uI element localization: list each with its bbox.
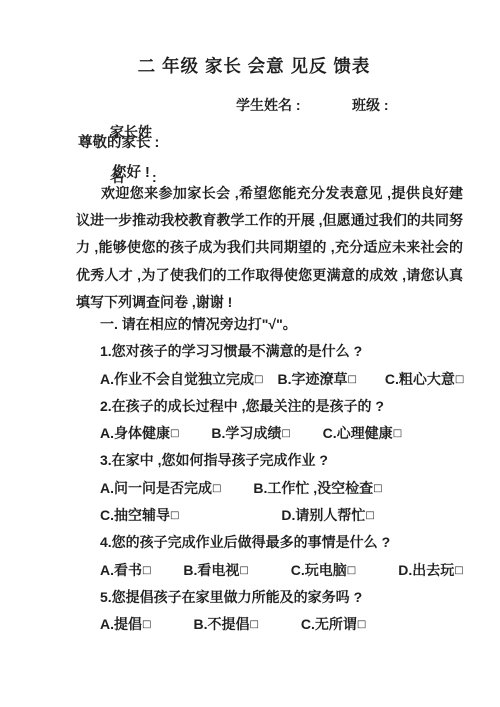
question-3-options-line2: C.抽空辅导□ D.请别人帮忙□ — [100, 502, 496, 529]
checkbox-icon: □ — [254, 374, 263, 385]
checkbox-icon: □ — [212, 483, 221, 494]
checkbox-icon: □ — [142, 565, 151, 576]
checkbox-icon: □ — [347, 374, 356, 385]
checkbox-icon: □ — [170, 428, 179, 439]
checkbox-icon: □ — [142, 619, 151, 630]
checkbox-icon: □ — [393, 428, 402, 439]
checkbox-icon: □ — [170, 510, 179, 521]
student-name-label: 学生姓名 : — [236, 95, 301, 115]
checkbox-icon: □ — [249, 619, 258, 630]
intro-line: 优秀人才 ,为了使我们的工作取得使您更满意的成效 ,请您认真 — [76, 262, 463, 289]
question-5-options: A.提倡□ B.不提倡□ C.无所谓□ — [100, 611, 496, 638]
checkbox-icon: □ — [373, 483, 382, 494]
intro-line: 力 ,能够使您的孩子成为我们共同期望的 ,充分适应未来社会的 — [76, 234, 463, 261]
question-4-text: 4.您的孩子完成作业后做得最多的事情是什么 ? — [100, 529, 496, 556]
greeting: 您好 ! — [112, 161, 150, 182]
checkbox-icon: □ — [281, 428, 290, 439]
intro-paragraph: 欢迎您来参加家长会 ,希望您能充分发表意见 ,提供良好建 议进一步推动我校教育教… — [76, 180, 463, 316]
question-3-text: 3.在家中 ,您如何指导孩子完成作业 ? — [100, 447, 496, 474]
checkbox-icon: □ — [455, 374, 464, 385]
checkbox-icon: □ — [454, 565, 463, 576]
intro-line: 议进一步推动我校教育教学工作的开展 ,但愿通过我们的共同努 — [76, 207, 463, 234]
salutation: 尊敬的家长 : — [78, 131, 159, 152]
question-2-text: 2.在孩子的成长过程中 ,您最关注的是孩子的 ? — [100, 393, 496, 420]
header-fields: 家长姓 名 : 学生姓名 : 班级 : — [0, 95, 500, 127]
checkbox-icon: □ — [357, 619, 366, 630]
checkbox-icon: □ — [365, 510, 374, 521]
intro-line: 欢迎您来参加家长会 ,希望您能充分发表意见 ,提供良好建 — [76, 180, 463, 207]
question-1-options: A.作业不会自觉独立完成□ B.字迹潦草□ C.粗心大意□ — [100, 366, 496, 393]
question-2-options: A.身体健康□ B.学习成绩□ C.心理健康□ — [100, 420, 496, 447]
question-1-text: 1.您对孩子的学习习惯最不满意的是什么 ? — [100, 338, 496, 365]
section-heading: 一. 请在相应的情况旁边打"√"。 — [100, 311, 496, 338]
checkbox-icon: □ — [347, 565, 356, 576]
class-label: 班级 : — [352, 95, 389, 115]
page-title: 二 年级 家长 会意 见反 馈表 — [4, 53, 500, 78]
checkbox-icon: □ — [239, 565, 248, 576]
question-4-options: A.看书□ B.看电视□ C.玩电脑□ D.出去玩□ — [100, 557, 496, 584]
question-5-text: 5.您提倡孩子在家里做力所能及的家务吗 ? — [100, 584, 496, 611]
survey-section: 一. 请在相应的情况旁边打"√"。 1.您对孩子的学习习惯最不满意的是什么 ? … — [100, 311, 496, 639]
document-page: 二 年级 家长 会意 见反 馈表 家长姓 名 : 学生姓名 : 班级 : 尊敬的… — [0, 0, 500, 707]
question-3-options-line1: A.问一问是否完成□ B.工作忙 ,没空检查□ — [100, 475, 496, 502]
